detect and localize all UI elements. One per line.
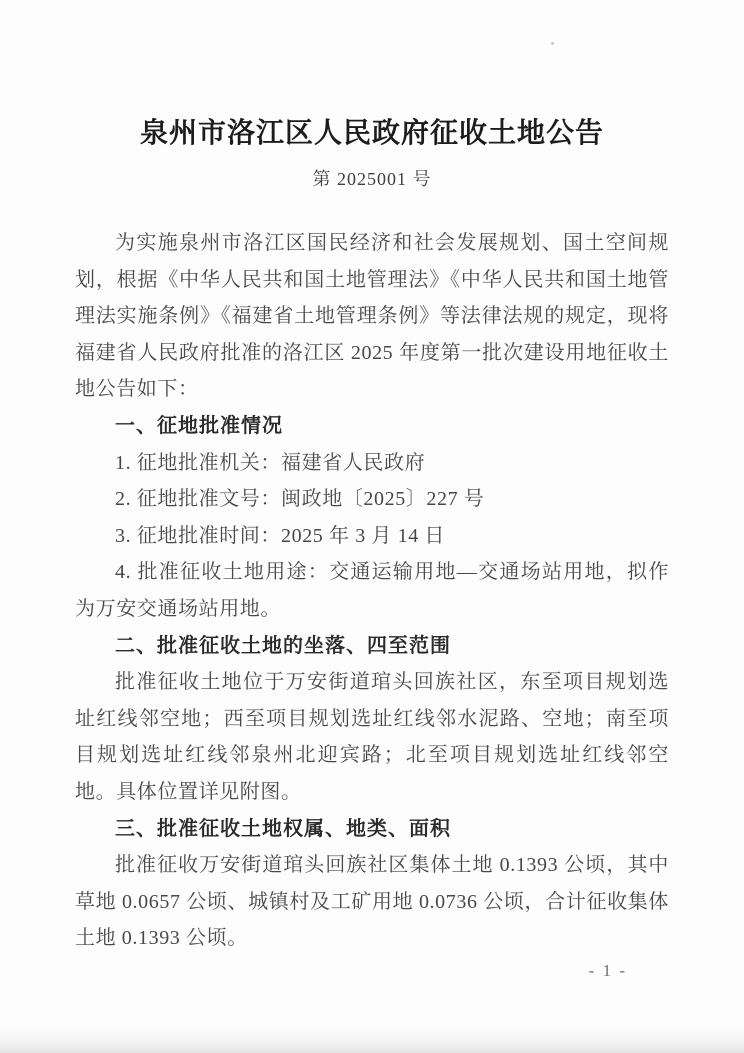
section-2-paragraph: 批准征收土地位于万安街道琯头回族社区，东至项目规划选址红线邻空地；西至项目规划选… bbox=[75, 664, 669, 810]
document-body: 为实施泉州市洛江区国民经济和社会发展规划、国土空间规划，根据《中华人民共和国土地… bbox=[75, 225, 669, 957]
scan-artifact bbox=[551, 42, 554, 45]
section-1-item-3: 3. 征地批准时间：2025 年 3 月 14 日 bbox=[75, 518, 669, 555]
intro-paragraph: 为实施泉州市洛江区国民经济和社会发展规划、国土空间规划，根据《中华人民共和国土地… bbox=[75, 225, 669, 408]
section-3-paragraph: 批准征收万安街道琯头回族社区集体土地 0.1393 公顷，其中草地 0.0657… bbox=[75, 847, 669, 957]
section-2-heading: 二、批准征收土地的坐落、四至范围 bbox=[75, 628, 669, 665]
page-number: - 1 - bbox=[589, 961, 627, 981]
document-page: 泉州市洛江区人民政府征收土地公告 第 2025001 号 为实施泉州市洛江区国民… bbox=[0, 0, 744, 1053]
section-1-item-4: 4. 批准征收土地用途：交通运输用地—交通场站用地，拟作为万安交通场站用地。 bbox=[75, 554, 669, 627]
doc-number: 第 2025001 号 bbox=[0, 167, 744, 191]
section-1-item-1: 1. 征地批准机关：福建省人民政府 bbox=[75, 445, 669, 482]
section-1-heading: 一、征地批准情况 bbox=[75, 408, 669, 445]
section-3-heading: 三、批准征收土地权属、地类、面积 bbox=[75, 811, 669, 848]
section-1-item-2: 2. 征地批准文号：闽政地〔2025〕227 号 bbox=[75, 481, 669, 518]
page-title: 泉州市洛江区人民政府征收土地公告 bbox=[0, 0, 744, 153]
